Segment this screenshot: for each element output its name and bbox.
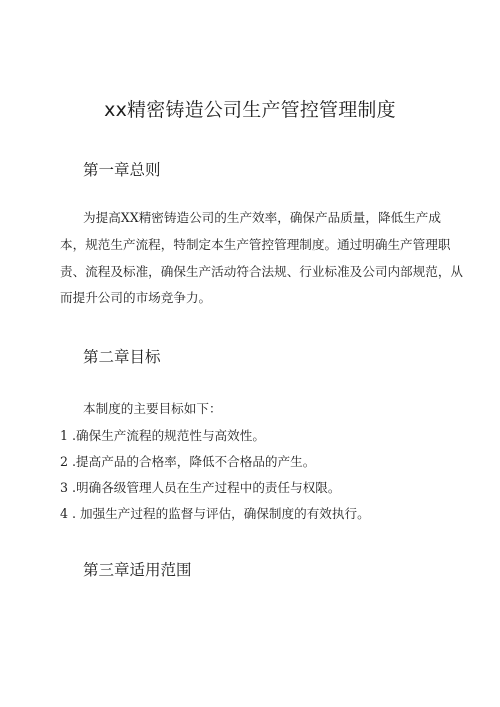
chapter-2-heading: 第二章目标 <box>83 346 161 368</box>
chapter-1-paragraph-line: 本，规范生产流程，特制定本生产管控管理制度。通过明确生产管理职 <box>60 236 450 254</box>
chapter-1-paragraph-line: 而提升公司的市场竞争力。 <box>60 289 211 307</box>
document-page: xx精密铸造公司生产管控管理制度 第一章总则 为提高XX精密铸造公司的生产效率，… <box>0 0 500 707</box>
chapter-1-heading: 第一章总则 <box>83 159 161 181</box>
chapter-1-paragraph-line: 为提高XX精密铸造公司的生产效率，确保产品质量，降低生产成 <box>83 209 441 227</box>
goal-list-item: 1 .确保生产流程的规范性与高效性。 <box>60 427 265 445</box>
chapter-3-heading: 第三章适用范围 <box>83 559 192 581</box>
goal-list-item: 4 . 加强生产过程的监督与评估，确保制度的有效执行。 <box>60 505 370 523</box>
document-title: xx精密铸造公司生产管控管理制度 <box>0 97 500 123</box>
goal-list-item: 2 .提高产品的合格率，降低不合格品的产生。 <box>60 453 315 471</box>
goal-list-item: 3 .明确各级管理人员在生产过程中的责任与权限。 <box>60 479 341 497</box>
chapter-1-paragraph-line: 责、流程及标准，确保生产活动符合法规、行业标准及公司内部规范，从 <box>60 263 463 281</box>
chapter-2-intro: 本制度的主要目标如下： <box>83 400 222 418</box>
